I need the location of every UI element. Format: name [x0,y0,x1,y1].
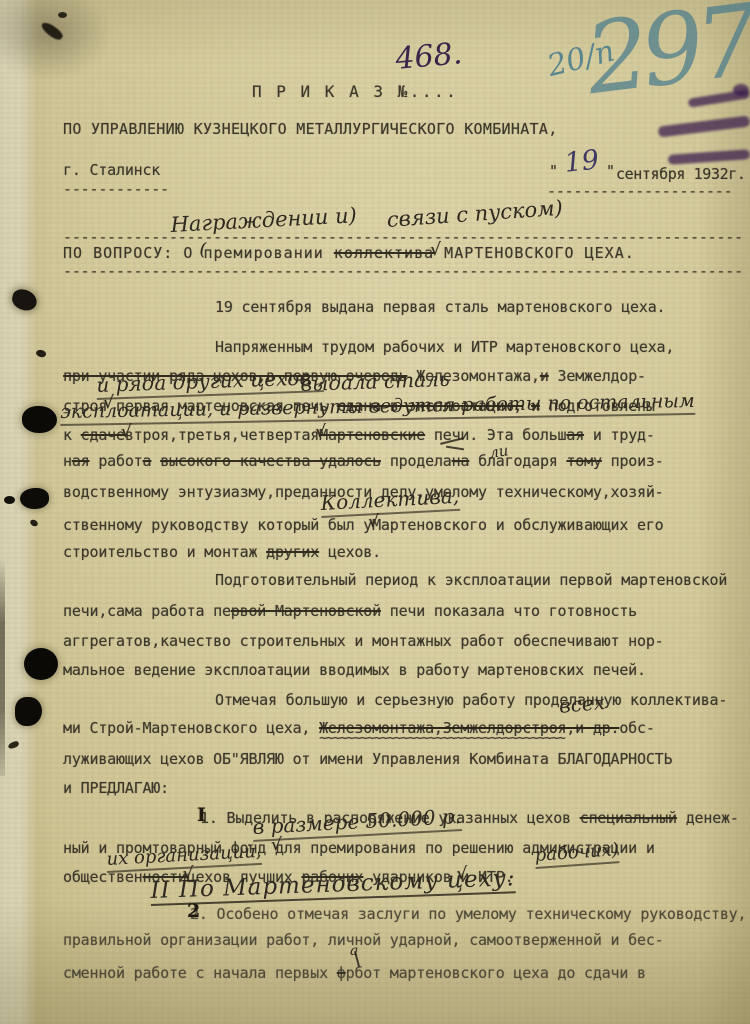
typed-run: правильной организации работ, личной уда… [63,931,664,949]
typed-line: 22. Особено отмечая заслуги по умелому т… [190,902,746,924]
typed-run: благодаря [469,452,566,470]
typed-run: аггрегатов,качество строительных и монта… [63,632,664,650]
typed-line: ми Строй-Мартеновского цеха, Железомонта… [63,719,655,737]
typed-run: и ПРЕДЛАГАЮ: [63,779,169,797]
typed-line: правильной организации работ, личной уда… [63,931,664,949]
violet-smudge [658,115,750,137]
typed-run: ая [72,452,90,470]
handwritten-subject-insert: связи с пуском) [386,196,563,232]
typed-run: строительство и монтаж [63,543,266,561]
typed-run: обс- [619,719,654,737]
typed-run: других [266,543,319,561]
paper-edge-strip [0,0,38,1024]
typed-run: премировании [203,244,333,262]
typed-run: 19 сентября выдана первая сталь мартенов… [215,298,665,316]
typed-run: тому [566,452,601,470]
city-label: г. Сталинск [63,161,160,179]
order-title: П Р И К А З №.... [252,82,458,101]
typed-run: к [63,426,81,444]
organization-line: ПО УПРАВЛЕНИЮ КУЗНЕЦКОГО МЕТАЛЛУРГИЧЕСКО… [63,120,558,138]
typed-line: к сдаче√втроя,третья,четвертая√Мартеновс… [63,425,655,445]
typed-run: луживающих цехов ОБ"ЯВЛЯЮ от имени Управ… [63,750,672,768]
typed-run: специальный [580,809,677,827]
ink-speck [58,12,67,18]
typed-line: ----------------------------------------… [63,262,743,280]
typed-line: мальное ведение эксплоатации вводимых в … [63,661,646,679]
typed-line: Напряженным трудом рабочих и ИТР мартено… [215,338,674,356]
city-underline: ------------ [63,180,169,198]
typed-run: высокого качества удалось [160,452,381,470]
typed-run: ----------------------------------------… [63,262,743,280]
typed-run: работ [90,452,143,470]
typed-line: луживающих цехов ОБ"ЯВЛЯЮ от имени Управ… [63,750,672,768]
typed-run: втроя,третья,четвертая [125,426,319,444]
typed-run: Напряженным трудом рабочих и ИТР мартено… [215,338,674,356]
typed-run: и [540,367,549,385]
typed-line: 19 сентября выдана первая сталь мартенов… [215,298,665,316]
punch-hole [22,406,57,433]
typed-run: сдаче [81,426,125,444]
typed-run: печи показала что готовность [381,602,637,620]
typed-run: печи,сама работа пе [63,602,231,620]
typed-line: ственному руководству который был у√Март… [63,515,664,535]
date-underline: --------------------- [547,182,732,200]
dark-edge [0,558,5,776]
handwritten-edit: ли [488,441,510,461]
date-quote-open: " [549,162,558,180]
punch-hole [4,496,15,504]
typed-run: рвой Мартеновской [231,602,381,620]
typed-line: строительство и монтаж других цехов. [63,543,381,561]
typed-line: ПО ВОПРОСУ: О (премировании коллектива√ … [63,243,635,263]
handwritten-order-number: 468. [394,36,464,77]
pen-squiggle [446,446,464,451]
typed-line: печи,сама работа первой Мартеновской печ… [63,602,637,620]
punch-hole [24,648,58,680]
typed-run: Подготовительный период к эксплоатации п… [215,571,727,589]
typed-line: Отмечая большую и серьезную работу проде… [215,691,727,709]
typed-run: мальное ведение эксплоатации вводимых в … [63,661,646,679]
handwritten-edit: Коллектива, [320,484,460,518]
typed-run: Железомонтажа,Земжелдорстроя,и др. [319,719,619,737]
typed-run: ственному руководству который был у [63,516,372,534]
date-quote-close: " [606,162,615,180]
typed-run: ми Строй-Мартеновского цеха, [63,719,319,737]
document-page: П Р И К А З №.... ПО УПРАВЛЕНИЮ КУЗНЕЦКО… [0,0,750,1024]
typed-run: Мартеновские [319,426,425,444]
typed-run: ая [566,426,584,444]
typed-run: произ- [602,452,664,470]
typed-run: денеж- [677,809,739,827]
handwritten-registrar-number: 297 [580,0,750,117]
typed-run: н [63,452,72,470]
violet-smudge [668,149,750,165]
typed-run: цехов. [319,543,381,561]
typed-run: рбот мартеновского цеха до сдачи в [346,964,646,982]
typed-run: 2. Особено отмечая заслуги по умелому те… [190,905,746,923]
handwritten-edit: рабочих) [534,839,620,869]
typed-run: ф [337,964,346,982]
typed-run [151,452,160,470]
date-text: сентября 1932г. [616,165,745,183]
typed-run: Отмечая большую и серьезную работу проде… [215,691,727,709]
typed-line: ная работа высокого качества удалось про… [63,452,664,470]
typed-run: и труд- [584,426,655,444]
typed-line: и ПРЕДЛАГАЮ: [63,779,169,797]
handwritten-day: 19 [563,144,600,178]
typed-line: Подготовительный период к эксплоатации п… [215,571,727,589]
punch-hole [20,488,49,509]
typed-run: МАРТЕНОВСКОГО ЦЕХА. [434,244,635,262]
typed-run: Мартеновского и обслуживающих его [372,516,663,534]
handwritten-edit: всех [558,690,606,718]
typed-line: сменной работе с начала первых фрбот мар… [63,964,646,982]
typed-run: на [452,452,470,470]
handwritten-edit: выдала сталь [300,367,450,396]
typed-run: продела [381,452,452,470]
typed-run: сменной работе с начала первых [63,964,337,982]
typed-run: коллектива [334,244,434,262]
typed-run: Земжелдор- [549,367,646,385]
typed-run: ПО ВОПРОСУ: О [63,244,203,262]
typed-line: аггрегатов,качество строительных и монта… [63,632,664,650]
